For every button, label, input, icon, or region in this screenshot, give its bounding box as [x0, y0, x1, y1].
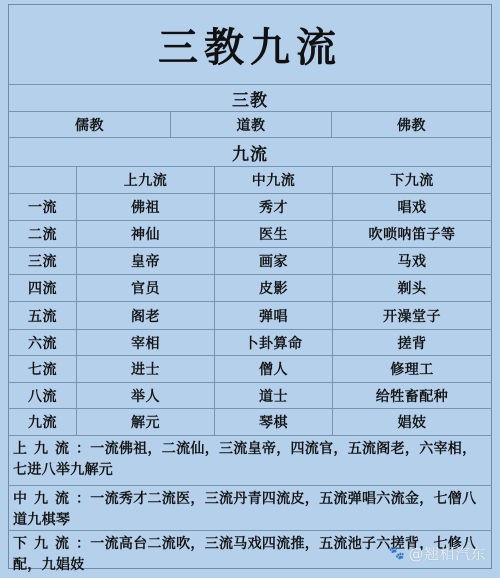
rank-cell: 四流 — [9, 275, 77, 301]
jiuliu-heading: 九流 — [9, 138, 491, 166]
lower-cell: 吹唢呐笛子等 — [333, 221, 491, 247]
rank-cell: 九流 — [9, 409, 77, 435]
page-title: 三教九流 — [9, 5, 491, 84]
table-row: 一流 佛祖 秀才 唱戏 — [9, 194, 491, 221]
summary-text: ：一流秀才二流医，三流丹青四流皮，五流弹唱六流金，七僧八道九棋琴 — [13, 491, 476, 528]
rank-cell: 三流 — [9, 248, 77, 274]
middle-cell: 卜卦算命 — [215, 330, 333, 355]
middle-cell: 僧人 — [215, 356, 333, 382]
lower-cell: 唱戏 — [333, 194, 491, 220]
middle-cell: 皮影 — [215, 275, 333, 301]
table-row: 三流 皇帝 画家 马戏 — [9, 248, 491, 275]
column-header-lower: 下九流 — [333, 167, 491, 193]
sanjiao-item-confucianism: 儒教 — [9, 112, 171, 137]
upper-cell: 神仙 — [77, 221, 215, 247]
table-row: 九流 解元 琴棋 娼妓 — [9, 409, 491, 436]
upper-cell: 举人 — [77, 383, 215, 408]
watermark-text: @翘相汽东 — [408, 543, 486, 564]
sanjiao-jiuliu-table: 三教九流 三教 儒教 道教 佛教 九流 上九流 中九流 下九流 一流 佛祖 秀才… — [8, 4, 492, 569]
upper-cell: 宰相 — [77, 330, 215, 355]
upper-cell: 皇帝 — [77, 248, 215, 274]
sanjiao-item-buddhism: 佛教 — [332, 112, 491, 137]
table-row: 二流 神仙 医生 吹唢呐笛子等 — [9, 221, 491, 248]
summary-label: 中九流 — [13, 491, 76, 507]
table-row: 五流 阁老 弹唱 开澡堂子 — [9, 302, 491, 330]
summary-middle: 中九流：一流秀才二流医，三流丹青四流皮，五流弹唱六流金，七僧八道九棋琴 — [9, 486, 491, 531]
paw-icon: 🐾 — [389, 546, 406, 561]
upper-cell: 佛祖 — [77, 194, 215, 220]
upper-cell: 解元 — [77, 409, 215, 435]
sanjiao-heading: 三教 — [9, 85, 491, 111]
rank-cell: 二流 — [9, 221, 77, 247]
lower-cell: 开澡堂子 — [333, 302, 491, 329]
lower-cell: 修理工 — [333, 356, 491, 382]
lower-cell: 搓背 — [333, 330, 491, 355]
rank-cell: 六流 — [9, 330, 77, 355]
lower-cell: 剃头 — [333, 275, 491, 301]
table-row: 八流 举人 道士 给牲畜配种 — [9, 383, 491, 409]
sanjiao-item-taoism: 道教 — [171, 112, 332, 137]
summary-upper: 上九流：一流佛祖，二流仙，三流皇帝，四流官，五流阁老，六宰相，七进八举九解元 — [9, 436, 491, 486]
summary-label: 下九流 — [13, 536, 76, 552]
table-row: 七流 进士 僧人 修理工 — [9, 356, 491, 383]
upper-cell: 阁老 — [77, 302, 215, 329]
summary-label: 上九流 — [13, 441, 76, 457]
middle-cell: 秀才 — [215, 194, 333, 220]
rank-cell: 七流 — [9, 356, 77, 382]
watermark: 🐾 @翘相汽东 — [389, 543, 486, 564]
rank-cell: 八流 — [9, 383, 77, 408]
middle-cell: 画家 — [215, 248, 333, 274]
sanjiao-items-row: 儒教 道教 佛教 — [9, 112, 491, 138]
summary-text: ：一流佛祖，二流仙，三流皇帝，四流官，五流阁老，六宰相，七进八举九解元 — [13, 441, 476, 478]
column-header-upper: 上九流 — [77, 167, 215, 193]
middle-cell: 弹唱 — [215, 302, 333, 329]
upper-cell: 官员 — [77, 275, 215, 301]
upper-cell: 进士 — [77, 356, 215, 382]
column-header-rank — [9, 167, 77, 193]
sanjiao-heading-row: 三教 — [9, 85, 491, 112]
lower-cell: 马戏 — [333, 248, 491, 274]
jiuliu-heading-row: 九流 — [9, 138, 491, 167]
middle-cell: 道士 — [215, 383, 333, 408]
title-row: 三教九流 — [9, 5, 491, 85]
rank-cell: 五流 — [9, 302, 77, 329]
column-header-middle: 中九流 — [215, 167, 333, 193]
middle-cell: 医生 — [215, 221, 333, 247]
table-row: 四流 官员 皮影 剃头 — [9, 275, 491, 302]
lower-cell: 给牲畜配种 — [333, 383, 491, 408]
table-row: 六流 宰相 卜卦算命 搓背 — [9, 330, 491, 356]
jiuliu-column-header-row: 上九流 中九流 下九流 — [9, 167, 491, 194]
lower-cell: 娼妓 — [333, 409, 491, 435]
middle-cell: 琴棋 — [215, 409, 333, 435]
rank-cell: 一流 — [9, 194, 77, 220]
